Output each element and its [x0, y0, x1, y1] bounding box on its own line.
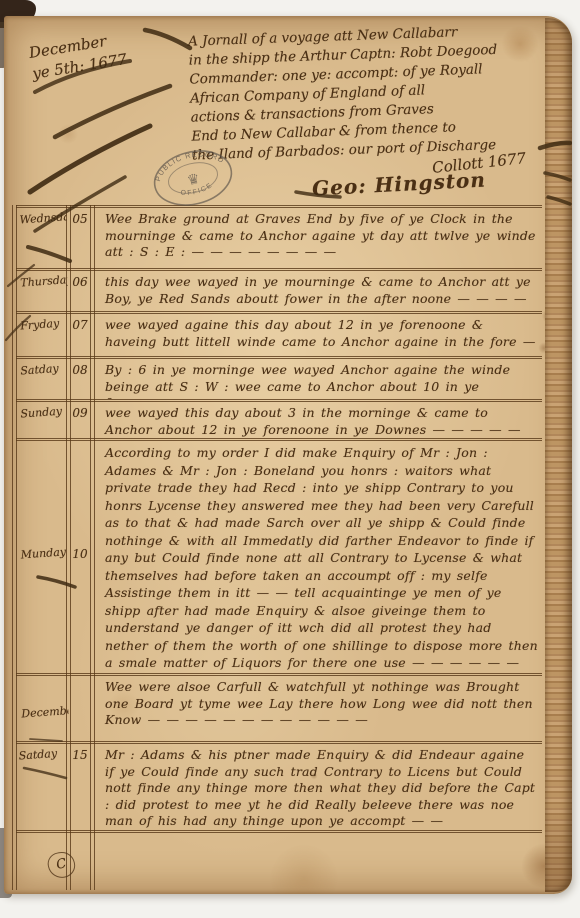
day-label: Thursday — [15, 269, 70, 313]
journal-row: Satday 08 By : 6 in ye morninge wee waye… — [16, 359, 542, 402]
journal-entry: wee wayed againe this day about 12 in ye… — [92, 314, 542, 356]
journal-entry: By : 6 in ye morninge wee wayed Anchor a… — [92, 359, 542, 399]
day-label: Satday — [15, 357, 70, 401]
journal-row: Fryday 07 wee wayed againe this day abou… — [16, 314, 542, 359]
day-label: Satday — [13, 742, 71, 831]
day-number: 07 — [68, 314, 92, 356]
manuscript-photo: December ye 5th: 1677 A Jornall of a voy… — [0, 0, 580, 918]
journal-entry: Wee were alsoe Carfull & watchfull yt no… — [92, 676, 542, 741]
journal-row: Sunday 09 wee wayed this day about 3 in … — [16, 402, 542, 441]
journal-table: Wednsday 05 Wee Brake ground at Graves E… — [16, 205, 542, 833]
day-number: 05 — [68, 208, 92, 268]
journal-row: Wednsday 05 Wee Brake ground at Graves E… — [16, 208, 542, 271]
day-label: Fryday — [15, 312, 70, 358]
journal-row: Munday 10 According to my order I did ma… — [16, 441, 542, 676]
day-label: Sunday — [15, 400, 69, 440]
manuscript-page: December ye 5th: 1677 A Jornall of a voy… — [4, 16, 572, 894]
day-number: 09 — [68, 402, 92, 438]
journal-row: Satday 15 Mr : Adams & his ptner made En… — [16, 744, 542, 833]
signature: Geo: Hingston — [311, 167, 486, 200]
journal-row: Thursday 06 this day wee wayed in ye mou… — [16, 271, 542, 314]
flourish-stroke — [30, 126, 150, 192]
day-number: 06 — [68, 271, 92, 311]
day-number: 08 — [68, 359, 92, 399]
journal-entry: wee wayed this day about 3 in the mornin… — [92, 402, 542, 438]
day-label: Munday — [8, 439, 76, 674]
day-number: 15 — [68, 744, 92, 830]
folio-mark: C — [46, 849, 78, 880]
journal-entry: this day wee wayed in ye mourninge & cam… — [92, 271, 542, 311]
journal-row: December Wee were alsoe Carfull & watchf… — [16, 676, 542, 744]
day-label: December — [14, 674, 70, 742]
journal-entry: Mr : Adams & his ptner made Enquiry & di… — [92, 744, 542, 830]
flourish-stroke — [55, 86, 170, 137]
crown-icon: ♛ — [185, 171, 201, 190]
journal-title: A Jornall of a voyage att New Callabarr … — [188, 19, 570, 165]
day-label: Wednsday — [14, 206, 70, 269]
journal-entry: According to my order I did make Enquiry… — [92, 441, 542, 673]
date-note: December ye 5th: 1677 — [28, 21, 173, 84]
day-number — [68, 676, 92, 741]
